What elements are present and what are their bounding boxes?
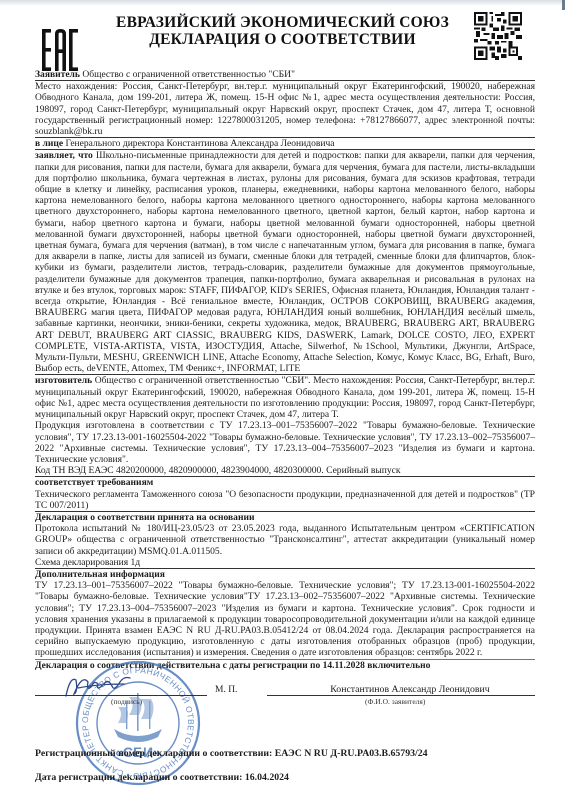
signature-line: [35, 695, 207, 696]
additional-info-value: ТУ 17.23.13–001–75356007–2022 "Товары бу…: [35, 580, 535, 658]
declaration-body: Заявитель Общество с ограниченной ответс…: [35, 69, 535, 672]
signature-row: (подпись) М. П. Константинов Александр Л…: [35, 682, 535, 708]
signature-caption: (подпись): [111, 697, 142, 706]
manufacturer-section: изготовитель Общество с ограниченной отв…: [35, 375, 535, 420]
seal-place-label: М. П.: [215, 685, 237, 695]
declaration-scheme: Схема декларирования 1д: [35, 557, 535, 569]
registration-date: Дата регистрации декларации о соответств…: [35, 772, 289, 783]
signer-name-caption: (Ф.И.О. заявителя): [365, 697, 425, 706]
represented-by-value: Генерального директора Константинова Але…: [63, 138, 334, 149]
basis-label: Декларация о соответствии принята на осн…: [35, 512, 535, 523]
conforms-label: соответствует требованиям: [35, 477, 535, 488]
hs-codes: Код ТН ВЭД ЕАЭС 4820200000, 4820900000, …: [35, 465, 535, 477]
produced-per-standards: Продукция изготовлена в соответствии с Т…: [35, 420, 535, 465]
manufacturer-value: Общество с ограниченной ответственностью…: [35, 375, 535, 420]
applicant-details: Место нахождения: Россия, Санкт-Петербур…: [35, 81, 535, 138]
product-description: Школьно-письменные принадлежности для де…: [35, 150, 535, 374]
manufacturer-label: изготовитель: [35, 375, 92, 386]
registration-number: Регистрационный номер декларации о соотв…: [35, 748, 428, 759]
signer-name-line: [267, 695, 535, 696]
declares-section: заявляет, что Школьно-письменные принадл…: [35, 150, 535, 375]
conforms-value: Технического регламента Таможенного союз…: [35, 489, 535, 512]
additional-info-label: Дополнительная информация: [35, 569, 535, 580]
scan-top-shadow: [0, 0, 565, 6]
basis-value: Протокола испытаний № 180/ИЦ-23.05/23 от…: [35, 523, 535, 557]
declares-label: заявляет, что: [35, 150, 93, 161]
eac-logo-icon: [42, 29, 78, 71]
qr-code-icon[interactable]: [474, 12, 522, 60]
title-line-2: ДЕКЛАРАЦИЯ О СООТВЕТСТВИИ: [110, 31, 455, 48]
signer-name: Константинов Александр Леонидович: [285, 684, 535, 695]
document-title: ЕВРАЗИЙСКИЙ ЭКОНОМИЧЕСКИЙ СОЮЗ ДЕКЛАРАЦИ…: [110, 14, 455, 48]
title-line-1: ЕВРАЗИЙСКИЙ ЭКОНОМИЧЕСКИЙ СОЮЗ: [110, 14, 455, 31]
applicant-section: Заявитель Общество с ограниченной ответс…: [35, 69, 535, 81]
represented-by-label: в лице: [35, 138, 63, 149]
represented-by-section: в лице Генерального директора Константин…: [35, 138, 535, 150]
applicant-name: Общество с ограниченной ответственностью…: [80, 69, 295, 80]
applicant-label: Заявитель: [35, 69, 80, 80]
